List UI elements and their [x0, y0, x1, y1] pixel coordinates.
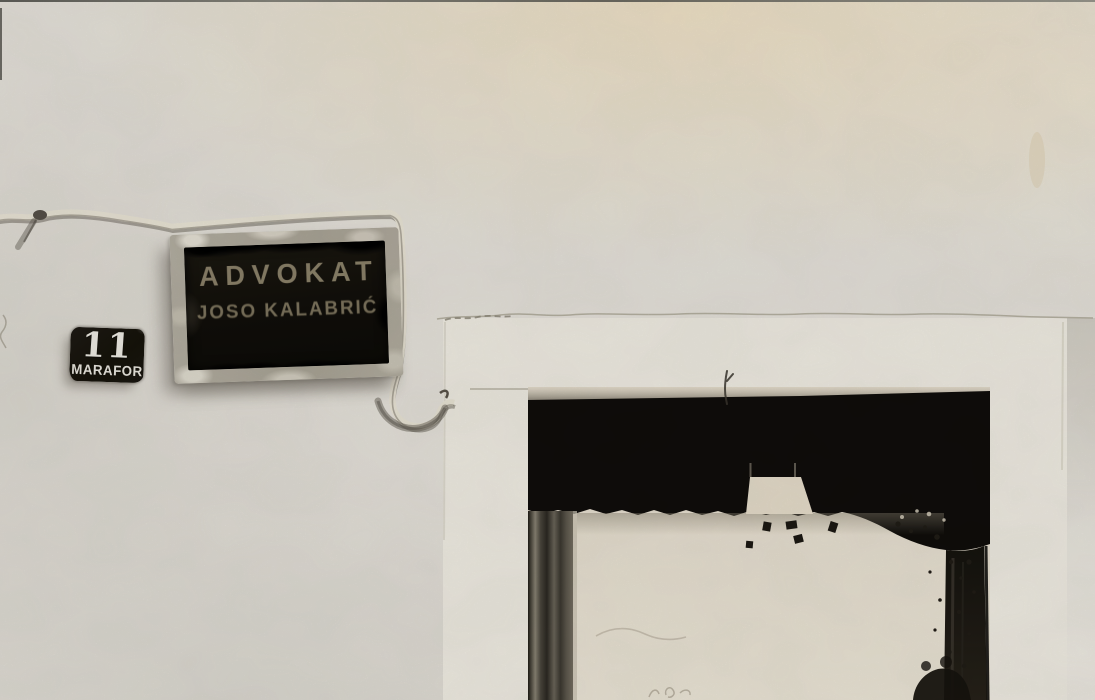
street-name: MARAFOR — [71, 362, 142, 378]
house-number: 11 — [69, 328, 145, 365]
plaque-line2: JOSO KALABRIĆ — [187, 298, 387, 324]
street-number-sign: 11 MARAFOR — [69, 327, 145, 384]
left-jamb-light-seam — [573, 511, 577, 700]
plaque-face: ADVOKAT JOSO KALABRIĆ — [184, 241, 389, 371]
wall-stain — [1029, 132, 1045, 188]
wall-shade-right-of-frame — [1067, 318, 1095, 533]
frame-left-seam — [444, 322, 445, 540]
photograph: ADVOKAT JOSO KALABRIĆ 11 MARAFOR — [0, 0, 1095, 700]
advokat-plaque: ADVOKAT JOSO KALABRIĆ — [169, 227, 403, 384]
under-paint-shadow — [577, 513, 944, 535]
left-edge-crack — [1, 315, 6, 348]
cable-fitting-shadow — [18, 221, 34, 247]
plaque-line1: ADVOKAT — [187, 257, 383, 292]
door-left-jamb — [528, 511, 573, 700]
frame-right-seam — [1062, 322, 1063, 470]
notch-tick-right — [794, 463, 796, 477]
notch-tick-left — [750, 463, 752, 477]
wall-and-doorway — [0, 0, 1095, 700]
right-jamb-edge-line — [986, 546, 988, 700]
